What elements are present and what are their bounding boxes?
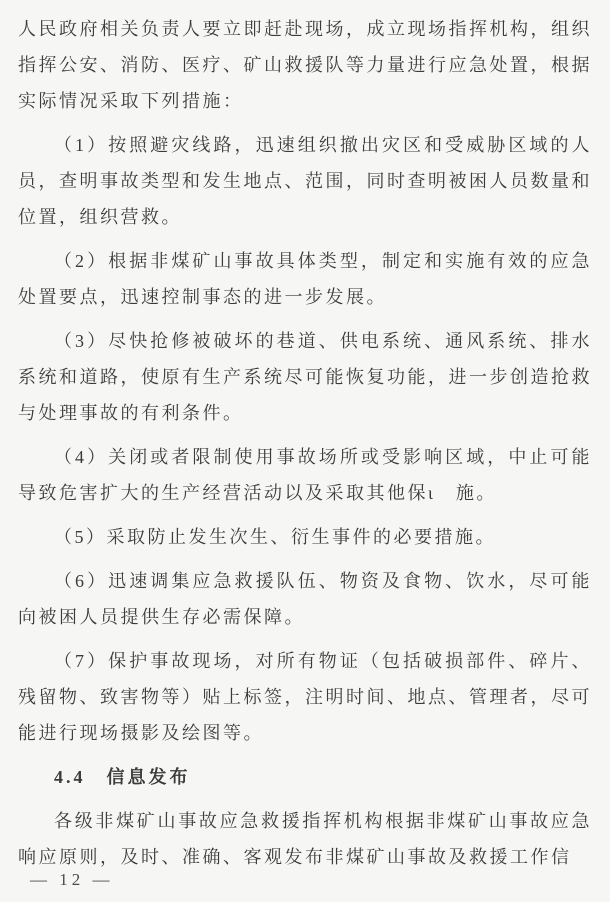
- paragraph-item-2: （2）根据非煤矿山事故具体类型，制定和实施有效的应急处置要点，迅速控制事态的进一…: [18, 243, 592, 315]
- paragraph-item-4: （4）关闭或者限制使用事故场所或受影响区域，中止可能导致危害扩大的生产经营活动以…: [18, 439, 592, 511]
- paragraph-continuation: 人民政府相关负责人要立即赶赴现场，成立现场指挥机构，组织指挥公安、消防、医疗、矿…: [18, 11, 592, 119]
- paragraph-item-1: （1）按照避灾线路，迅速组织撤出灾区和受威胁区域的人员，查明事故类型和发生地点、…: [18, 127, 592, 235]
- page-number: — 12 —: [30, 862, 114, 898]
- paragraph-item-3: （3）尽快抢修被破坏的巷道、供电系统、通风系统、排水系统和道路，使原有生产系统尽…: [18, 323, 592, 431]
- section-heading-4-4: 4.4 信息发布: [18, 759, 592, 795]
- document-page: 人民政府相关负责人要立即赶赴现场，成立现场指挥机构，组织指挥公安、消防、医疗、矿…: [0, 0, 610, 902]
- paragraph-item-6: （6）迅速调集应急救援队伍、物资及食物、饮水，尽可能向被困人员提供生存必需保障。: [18, 563, 592, 635]
- document-text-block: 人民政府相关负责人要立即赶赴现场，成立现场指挥机构，组织指挥公安、消防、医疗、矿…: [18, 11, 592, 883]
- paragraph-item-5: （5）采取防止发生次生、衍生事件的必要措施。: [18, 519, 592, 555]
- paragraph-item-7: （7）保护事故现场，对所有物证（包括破损部件、碎片、残留物、致害物等）贴上标签，…: [18, 643, 592, 751]
